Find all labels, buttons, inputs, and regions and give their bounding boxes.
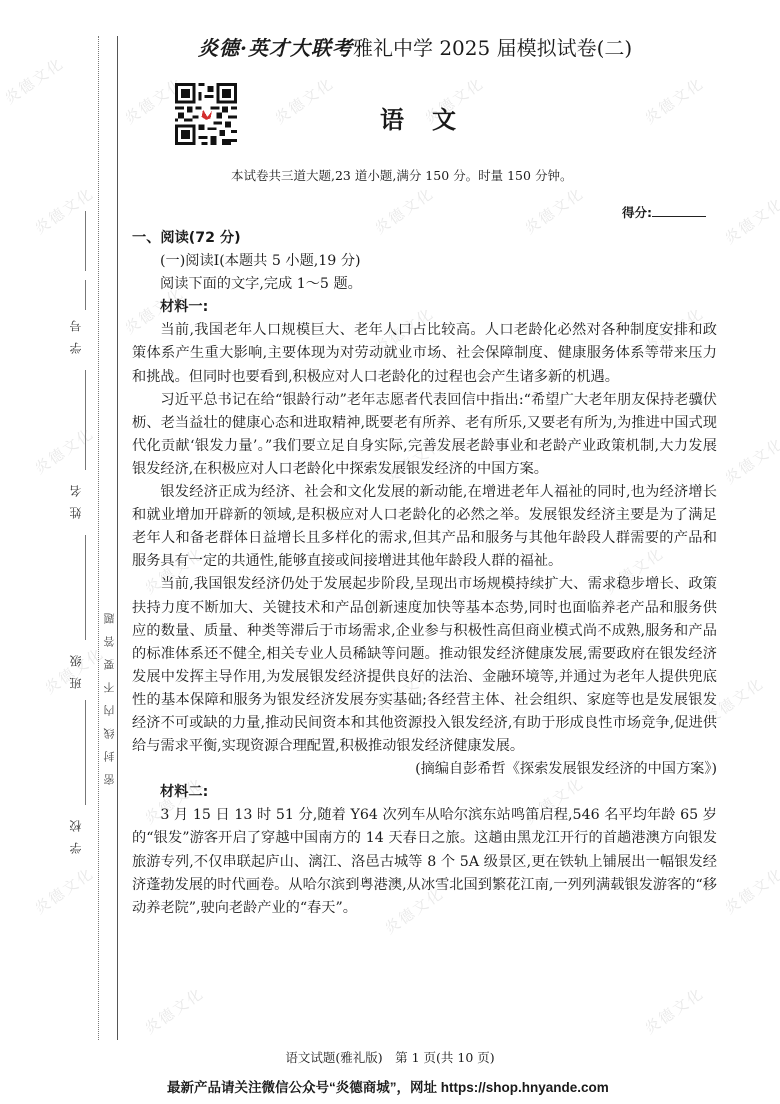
material-1-source: (摘编自彭希哲《探索发展银发经济的中国方案》) <box>132 758 717 781</box>
watermark: 炎德文化 <box>720 862 780 918</box>
material-2-paragraph: 3 月 15 日 13 时 51 分,随着 Y64 次列车从哈尔滨东站鸣笛启程,… <box>132 804 717 919</box>
watermark: 炎德文化 <box>140 982 208 1038</box>
name-blank[interactable] <box>85 370 86 470</box>
score-field: 得分: <box>622 203 706 221</box>
top-margin-rule <box>85 211 86 271</box>
score-label: 得分: <box>622 205 652 220</box>
watermark: 炎德文化 <box>270 72 338 128</box>
qr-code-icon <box>175 83 237 145</box>
material-2-label: 材料二: <box>132 781 717 804</box>
score-blank[interactable] <box>652 204 706 217</box>
watermark: 炎德文化 <box>640 72 708 128</box>
margin-border-line <box>117 36 118 1040</box>
material-1-paragraph: 当前,我国老年人口规模巨大、老年人口占比较高。人口老龄化必然对各种制度安排和政策… <box>132 319 717 388</box>
watermark: 炎德文化 <box>640 982 708 1038</box>
school-label: 学校 <box>68 810 88 854</box>
exam-title-text: 雅礼中学 2025 届模拟试卷(二) <box>353 36 632 60</box>
exam-info: 本试卷共三道大题,23 道小题,满分 150 分。时量 150 分钟。 <box>231 166 572 184</box>
subject-title: 语文 <box>380 100 484 135</box>
class-label: 班级 <box>68 645 88 689</box>
material-1-paragraph: 银发经济正成为经济、社会和文化发展的新动能,在增进老年人福祉的同时,也为经济增长… <box>132 481 717 573</box>
watermark: 炎德文化 <box>30 862 98 918</box>
student-id-label: 学号 <box>68 310 88 354</box>
section-title: 一、阅读(72 分) <box>132 227 717 250</box>
watermark: 炎德文化 <box>720 432 780 488</box>
class-blank[interactable] <box>85 535 86 640</box>
material-1-label: 材料一: <box>132 296 717 319</box>
student-id-blank[interactable] <box>85 280 86 310</box>
school-blank[interactable] <box>85 700 86 805</box>
material-1-paragraph: 当前,我国银发经济仍处于发展起步阶段,呈现出市场规模持续扩大、需求稳步增长、政策… <box>132 573 717 758</box>
watermark: 炎德文化 <box>0 52 68 108</box>
instruction: 阅读下面的文字,完成 1～5 题。 <box>132 273 717 296</box>
seal-dotted-line <box>98 36 99 1040</box>
promo-banner: 最新产品请关注微信公众号“炎德商城”，网址 https://shop.hnyan… <box>167 1076 609 1096</box>
page-footer: 语文试题(雅礼版) 第 1 页(共 10 页) <box>0 1048 780 1066</box>
watermark: 炎德文化 <box>720 192 780 248</box>
watermark: 炎德文化 <box>30 182 98 238</box>
exam-brand: 炎德·英才大联考 <box>198 36 353 60</box>
exam-content: 一、阅读(72 分) (一)阅读Ⅰ(本题共 5 小题,19 分) 阅读下面的文字… <box>132 227 717 920</box>
subsection-title: (一)阅读Ⅰ(本题共 5 小题,19 分) <box>132 250 717 273</box>
material-1-paragraph: 习近平总书记在给“银龄行动”老年志愿者代表回信中指出:“希望广大老年朋友保持老骥… <box>132 389 717 481</box>
seal-notice: 密封线内不要答题 <box>102 345 116 785</box>
exam-title: 炎德·英才大联考雅礼中学 2025 届模拟试卷(二) <box>198 32 632 61</box>
watermark: 炎德文化 <box>30 422 98 478</box>
name-label: 姓名 <box>68 475 88 519</box>
